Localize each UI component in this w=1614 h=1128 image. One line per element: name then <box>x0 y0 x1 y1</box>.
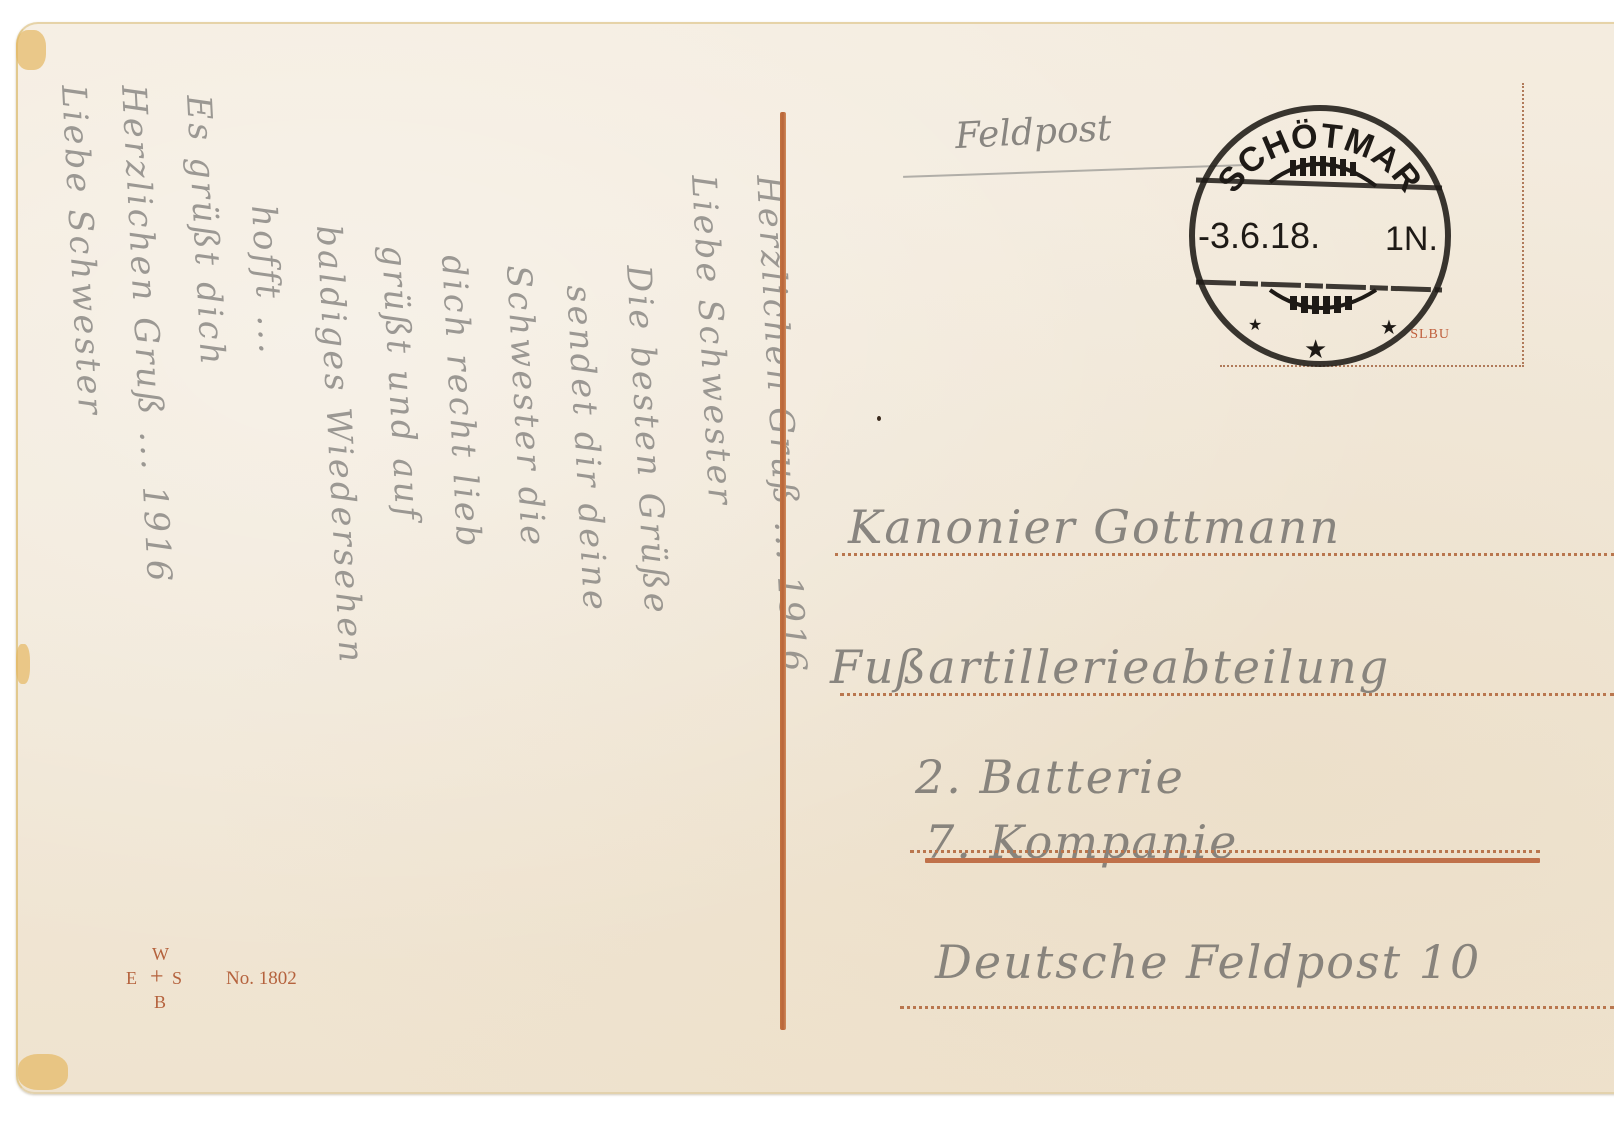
age-stain <box>18 1054 68 1090</box>
postmark-town: SCHÖTMAR <box>1210 117 1429 200</box>
compass-west: E <box>126 968 137 989</box>
star-icon: ★ <box>1380 317 1398 339</box>
address-line-5: Deutsche Feldpost 10 <box>935 935 1481 989</box>
address-line-3: 2. Batterie <box>915 750 1185 804</box>
feldpost-header: Feldpost <box>954 108 1112 157</box>
message-column: hofft ... <box>243 204 291 357</box>
postmark-time: 1N. <box>1385 220 1438 258</box>
dotted-guideline <box>900 1006 1614 1009</box>
postmark-date: -3.6.18. <box>1198 215 1320 256</box>
message-column: Liebe Schwester <box>683 174 740 508</box>
compass-east: S <box>172 968 182 989</box>
svg-text:SCHÖTMAR: SCHÖTMAR <box>1210 117 1429 200</box>
message-column: baldiges Wiedersehen <box>308 224 371 666</box>
compass-south: B <box>154 992 166 1013</box>
message-column: dich recht lieb <box>433 254 488 551</box>
age-stain <box>16 644 30 684</box>
message-column: Liebe Schwester <box>53 84 110 418</box>
ink-speck <box>877 416 881 421</box>
message-column: Es grüßt dich <box>178 94 232 368</box>
card-number: No. 1802 <box>226 968 297 990</box>
compass-logo: W E + S B <box>126 944 196 1024</box>
star-icon: ★ <box>1248 317 1262 334</box>
message-column: grüßt und auf <box>373 244 427 523</box>
compass-cross-icon: + <box>150 964 164 991</box>
dotted-guideline <box>840 693 1614 696</box>
address-line-2: Fußartillerieabteilung <box>830 640 1390 694</box>
compass-north: W <box>152 944 169 965</box>
message-column: Schwester die <box>498 264 553 549</box>
message-column: Die besten Grüße <box>618 264 676 617</box>
star-icon: ★ <box>1304 335 1327 364</box>
message-column: sendet dir deine <box>558 284 615 614</box>
postmark: SCHÖTMAR -3.6.18. 1N. ★ ★ ★ <box>1180 96 1460 376</box>
message-column: Herzlichen Gruß ... 1916 <box>113 84 179 585</box>
center-divider <box>780 112 786 1030</box>
age-stain <box>16 30 46 70</box>
dotted-guideline <box>835 553 1614 556</box>
address-line-1: Kanonier Gottmann <box>848 500 1341 554</box>
destination-underline <box>925 858 1540 863</box>
dotted-guideline <box>910 850 1540 853</box>
